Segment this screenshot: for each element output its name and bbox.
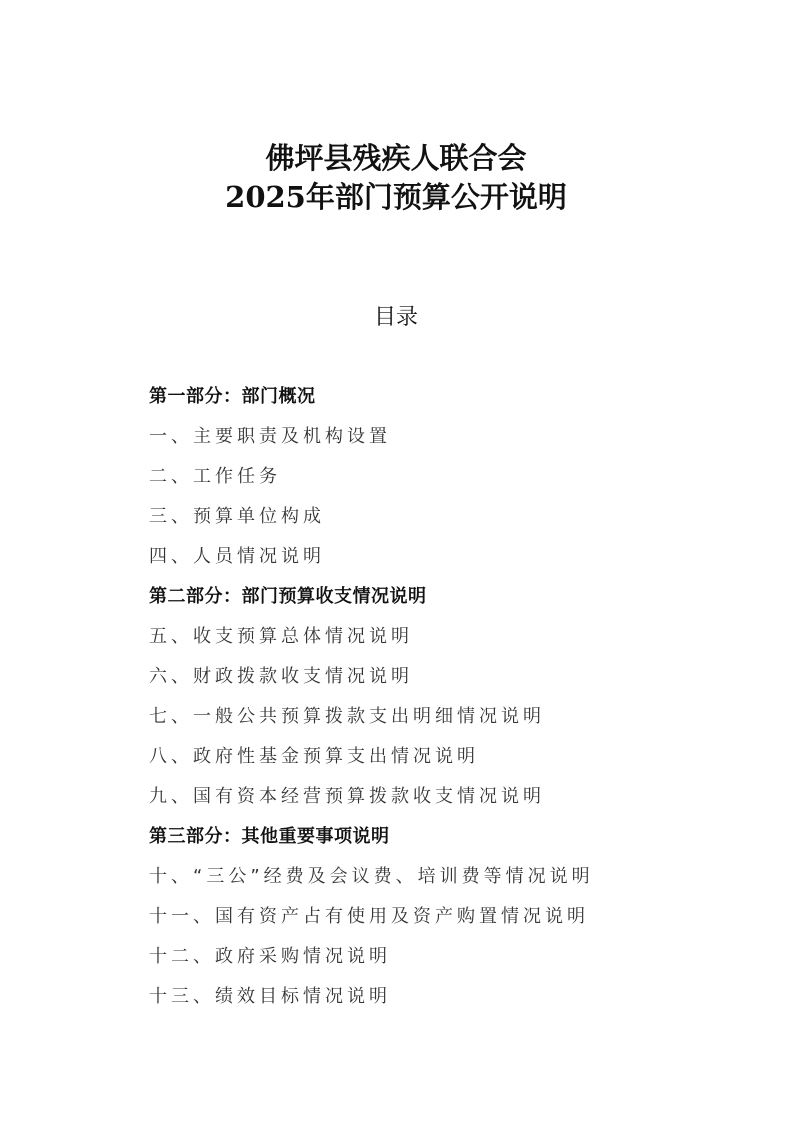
toc-item: 五、收支预算总体情况说明 [149, 623, 594, 663]
toc-item: 六、财政拨款收支情况说明 [149, 663, 594, 703]
document-title-line1: 佛坪县残疾人联合会 [0, 136, 792, 177]
toc-item: 十二、政府采购情况说明 [149, 943, 594, 983]
toc-item: 十三、绩效目标情况说明 [149, 983, 594, 1023]
toc-item: 二、工作任务 [149, 463, 594, 503]
document-title-line2: 2025年部门预算公开说明 [0, 175, 792, 216]
toc-item: 十、“三公”经费及会议费、培训费等情况说明 [149, 863, 594, 903]
toc-item: 三、预算单位构成 [149, 503, 594, 543]
toc-heading: 目录 [0, 300, 792, 331]
toc-part-2: 第二部分：部门预算收支情况说明 [149, 583, 594, 623]
toc-item: 四、人员情况说明 [149, 543, 594, 583]
toc-item: 十一、国有资产占有使用及资产购置情况说明 [149, 903, 594, 943]
toc-part-3: 第三部分：其他重要事项说明 [149, 823, 594, 863]
toc-item: 一、主要职责及机构设置 [149, 423, 594, 463]
toc-part-1: 第一部分：部门概况 [149, 383, 594, 423]
table-of-contents: 第一部分：部门概况 一、主要职责及机构设置 二、工作任务 三、预算单位构成 四、… [149, 383, 594, 1023]
toc-item: 九、国有资本经营预算拨款收支情况说明 [149, 783, 594, 823]
toc-item: 八、政府性基金预算支出情况说明 [149, 743, 594, 783]
toc-item: 七、一般公共预算拨款支出明细情况说明 [149, 703, 594, 743]
